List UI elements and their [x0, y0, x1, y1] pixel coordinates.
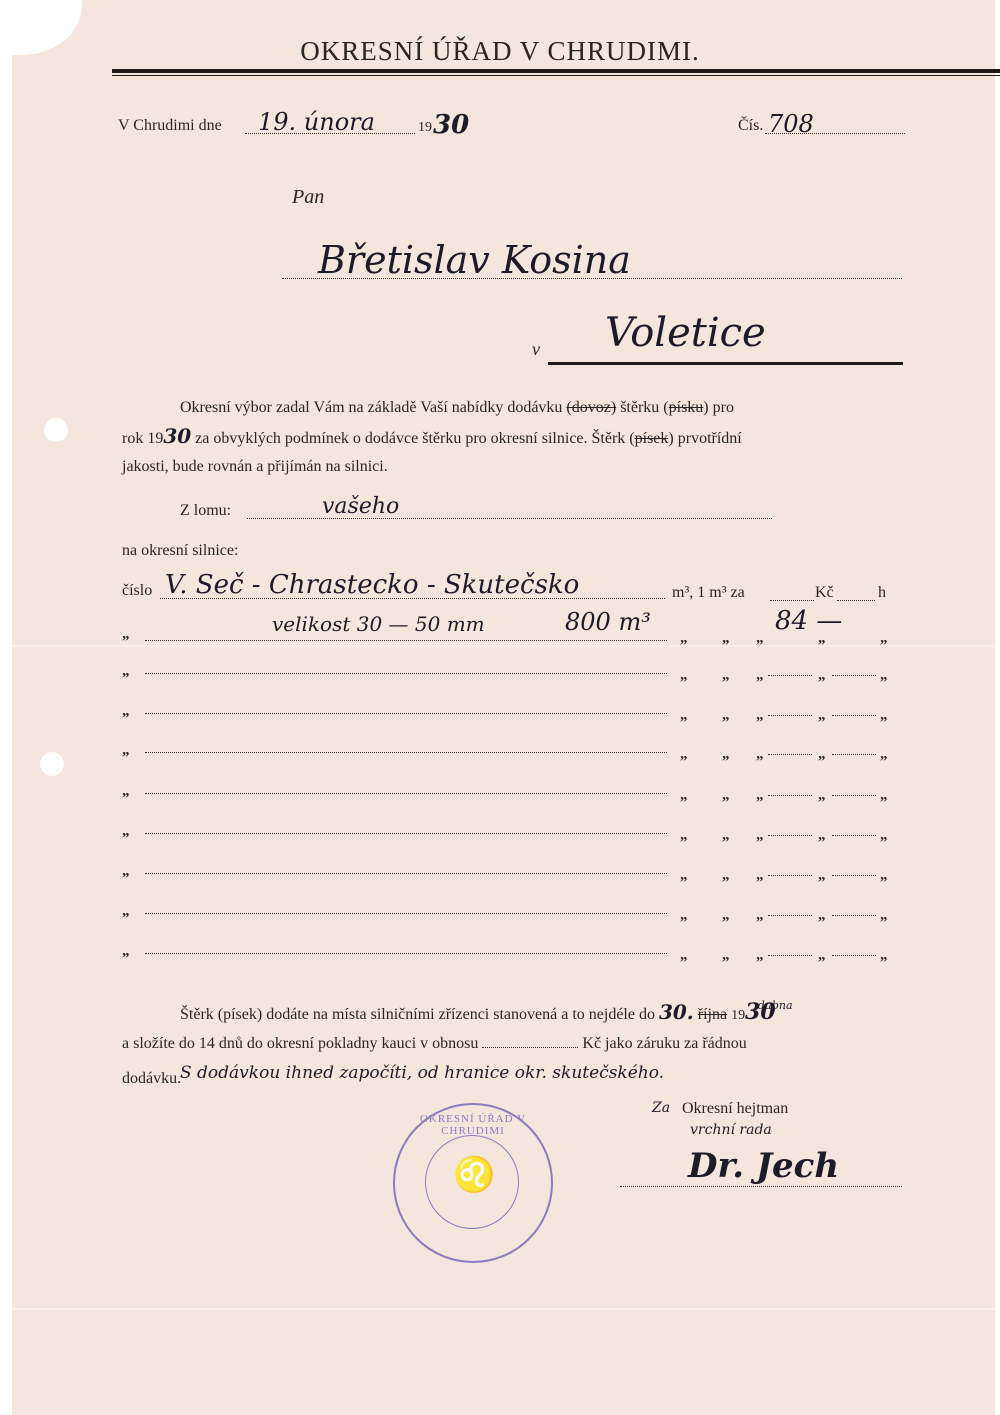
quarry-value: vašeho	[322, 494, 399, 519]
number-label: Čís.	[738, 117, 763, 135]
location-prefix: v	[532, 339, 540, 360]
ditto-mark: „	[818, 667, 826, 684]
body-text: Okresní výbor zadal Vám na základě Vaší …	[180, 399, 566, 416]
ditto-mark: „	[818, 907, 826, 924]
ditto-mark: „	[818, 630, 826, 647]
ditto-mark: „	[756, 667, 764, 684]
heller-dotted-line	[832, 715, 876, 716]
deposit-dotted-line	[482, 1047, 578, 1048]
heller-dotted-line	[832, 754, 876, 755]
ditto-mark: „	[722, 787, 730, 804]
ditto-mark: „	[722, 947, 730, 964]
row-dotted-line	[145, 713, 667, 714]
ditto-mark: „	[756, 707, 764, 724]
ditto-mark: „	[722, 630, 730, 647]
recipient-name: Břetislav Kosina	[318, 238, 631, 282]
row1-description: velikost 30 — 50 mm	[272, 612, 485, 636]
row-dotted-line	[145, 640, 667, 641]
row-dotted-line	[145, 873, 667, 874]
price-dotted-line	[768, 715, 812, 716]
body-text: ) pro	[703, 399, 734, 416]
ditto-mark: „	[880, 630, 888, 647]
salutation: Pan	[292, 186, 324, 209]
price-dotted-line	[768, 675, 812, 676]
ditto-mark: „	[680, 746, 688, 763]
ditto-mark: „	[122, 903, 130, 920]
ditto-mark: „	[122, 783, 130, 800]
body-text: štěrku (	[616, 399, 668, 416]
header-title: OKRESNÍ ÚŘAD V CHRUDIMI.	[0, 36, 1000, 67]
ditto-mark: „	[880, 667, 888, 684]
heller-dotted-line	[832, 795, 876, 796]
ditto-mark: „	[756, 867, 764, 884]
body-text: rok 19	[122, 430, 163, 447]
ditto-mark: „	[680, 630, 688, 647]
delivery-note: S dodávkou ihned započíti, od hranice ok…	[180, 1056, 900, 1090]
ditto-mark: „	[122, 742, 130, 759]
date-handwritten: 19. února	[258, 108, 375, 136]
heller-dotted-line	[832, 875, 876, 876]
year-handwritten: 30	[433, 110, 469, 140]
year-prefix: 19	[418, 120, 432, 136]
price-dotted-line	[768, 795, 812, 796]
signature-prefix: Za	[652, 1100, 670, 1116]
ditto-mark: „	[122, 703, 130, 720]
ditto-mark: „	[818, 746, 826, 763]
ditto-mark: „	[122, 626, 130, 643]
row-dotted-line	[145, 752, 667, 753]
body-text: Štěrk (písek) dodáte na místa silničními…	[180, 1006, 659, 1023]
number-handwritten: 708	[768, 110, 814, 138]
punch-hole	[40, 752, 64, 776]
heller-dotted-line	[832, 955, 876, 956]
row-dotted-line	[145, 953, 667, 954]
unit-label: m³, 1 m³ za	[672, 584, 745, 602]
price-dotted-line	[770, 600, 814, 601]
heller-dotted-line	[832, 835, 876, 836]
road-label: na okresní silnice:	[122, 542, 238, 560]
ditto-mark: „	[818, 827, 826, 844]
signature-note: vrchní rada	[690, 1122, 772, 1138]
ditto-mark: „	[722, 907, 730, 924]
price-dotted-line	[768, 955, 812, 956]
ditto-mark: „	[122, 823, 130, 840]
delivery-paragraph: Štěrk (písek) dodáte na místa silničními…	[122, 998, 890, 1058]
body-paragraph: Okresní výbor zadal Vám na základě Vaší …	[122, 394, 890, 481]
quarry-label: Z lomu:	[180, 502, 231, 520]
lion-emblem-icon: ♌	[453, 1155, 495, 1195]
body-text: Kč jako záruku za řádnou	[582, 1035, 746, 1052]
ditto-mark: „	[880, 787, 888, 804]
punch-hole	[44, 418, 68, 442]
ditto-mark: „	[756, 630, 764, 647]
ditto-mark: „	[880, 907, 888, 924]
ditto-mark: „	[818, 787, 826, 804]
price-dotted-line	[768, 875, 812, 876]
header-rule-thin	[112, 75, 1000, 76]
ditto-mark: „	[680, 667, 688, 684]
ditto-mark: „	[880, 746, 888, 763]
header-rule	[112, 69, 1000, 73]
ditto-mark: „	[122, 663, 130, 680]
ditto-mark: „	[722, 707, 730, 724]
official-stamp: ♌ OKRESNÍ ÚŘAD V CHRUDIMI	[393, 1103, 553, 1263]
deadline-month: dubna	[700, 992, 793, 1020]
ditto-mark: „	[756, 827, 764, 844]
row-dotted-line	[145, 673, 667, 674]
ditto-mark: „	[818, 707, 826, 724]
ditto-mark: „	[722, 827, 730, 844]
ditto-mark: „	[756, 947, 764, 964]
price-dotted-line	[768, 754, 812, 755]
price-dotted-line	[768, 915, 812, 916]
ditto-mark: „	[756, 787, 764, 804]
ditto-mark: „	[122, 943, 130, 960]
struck-text: (dovoz)	[566, 399, 616, 416]
heller-dotted-line	[832, 675, 876, 676]
fold-line	[12, 1308, 995, 1310]
ditto-mark: „	[880, 947, 888, 964]
ditto-mark: „	[680, 867, 688, 884]
ditto-mark: „	[818, 867, 826, 884]
ditto-mark: „	[880, 707, 888, 724]
body-text: a složíte do 14 dnů do okresní pokladny …	[122, 1035, 478, 1052]
ditto-mark: „	[880, 867, 888, 884]
ditto-mark: „	[756, 907, 764, 924]
delivery-label: dodávku.	[122, 1070, 181, 1088]
stamp-text: OKRESNÍ ÚŘAD V CHRUDIMI	[395, 1113, 551, 1137]
heller-label: h	[878, 584, 886, 602]
row-dotted-line	[145, 793, 667, 794]
deadline-day: 30.	[659, 1000, 694, 1024]
ditto-mark: „	[680, 907, 688, 924]
struck-text: písek	[635, 430, 669, 447]
struck-text: písku	[669, 399, 704, 416]
road-number-label: číslo	[122, 582, 152, 600]
heller-dotted-line	[832, 915, 876, 916]
ditto-mark: „	[818, 947, 826, 964]
road-value: V. Seč - Chrastecko - Skutečsko	[165, 570, 579, 600]
row1-price: 84 —	[775, 606, 842, 636]
signature: Dr. Jech	[688, 1146, 839, 1186]
fold-line	[12, 645, 995, 647]
year-handwritten: 30	[163, 424, 191, 448]
ditto-mark: „	[722, 667, 730, 684]
row1-quantity: 800 m³	[565, 608, 651, 636]
ditto-mark: „	[680, 787, 688, 804]
heller-dotted-line	[837, 600, 875, 601]
ditto-mark: „	[122, 863, 130, 880]
place-label: V Chrudimi dne	[118, 117, 222, 135]
location-underline	[548, 362, 903, 365]
ditto-mark: „	[756, 746, 764, 763]
price-dotted-line	[768, 835, 812, 836]
ditto-mark: „	[722, 746, 730, 763]
ditto-mark: „	[880, 827, 888, 844]
recipient-location: Voletice	[605, 310, 766, 356]
body-text: ) prvotřídní	[668, 430, 741, 447]
row-dotted-line	[145, 913, 667, 914]
signature-title: Okresní hejtman	[682, 1100, 788, 1118]
body-text: jakosti, bude rovnán a přijímán na silni…	[122, 453, 890, 481]
currency-label: Kč	[815, 584, 834, 602]
ditto-mark: „	[680, 707, 688, 724]
ditto-mark: „	[680, 827, 688, 844]
body-text: za obvyklých podmínek o dodávce štěrku p…	[191, 430, 634, 447]
signature-dotted-line	[620, 1186, 902, 1187]
row-dotted-line	[145, 833, 667, 834]
ditto-mark: „	[722, 867, 730, 884]
ditto-mark: „	[680, 947, 688, 964]
